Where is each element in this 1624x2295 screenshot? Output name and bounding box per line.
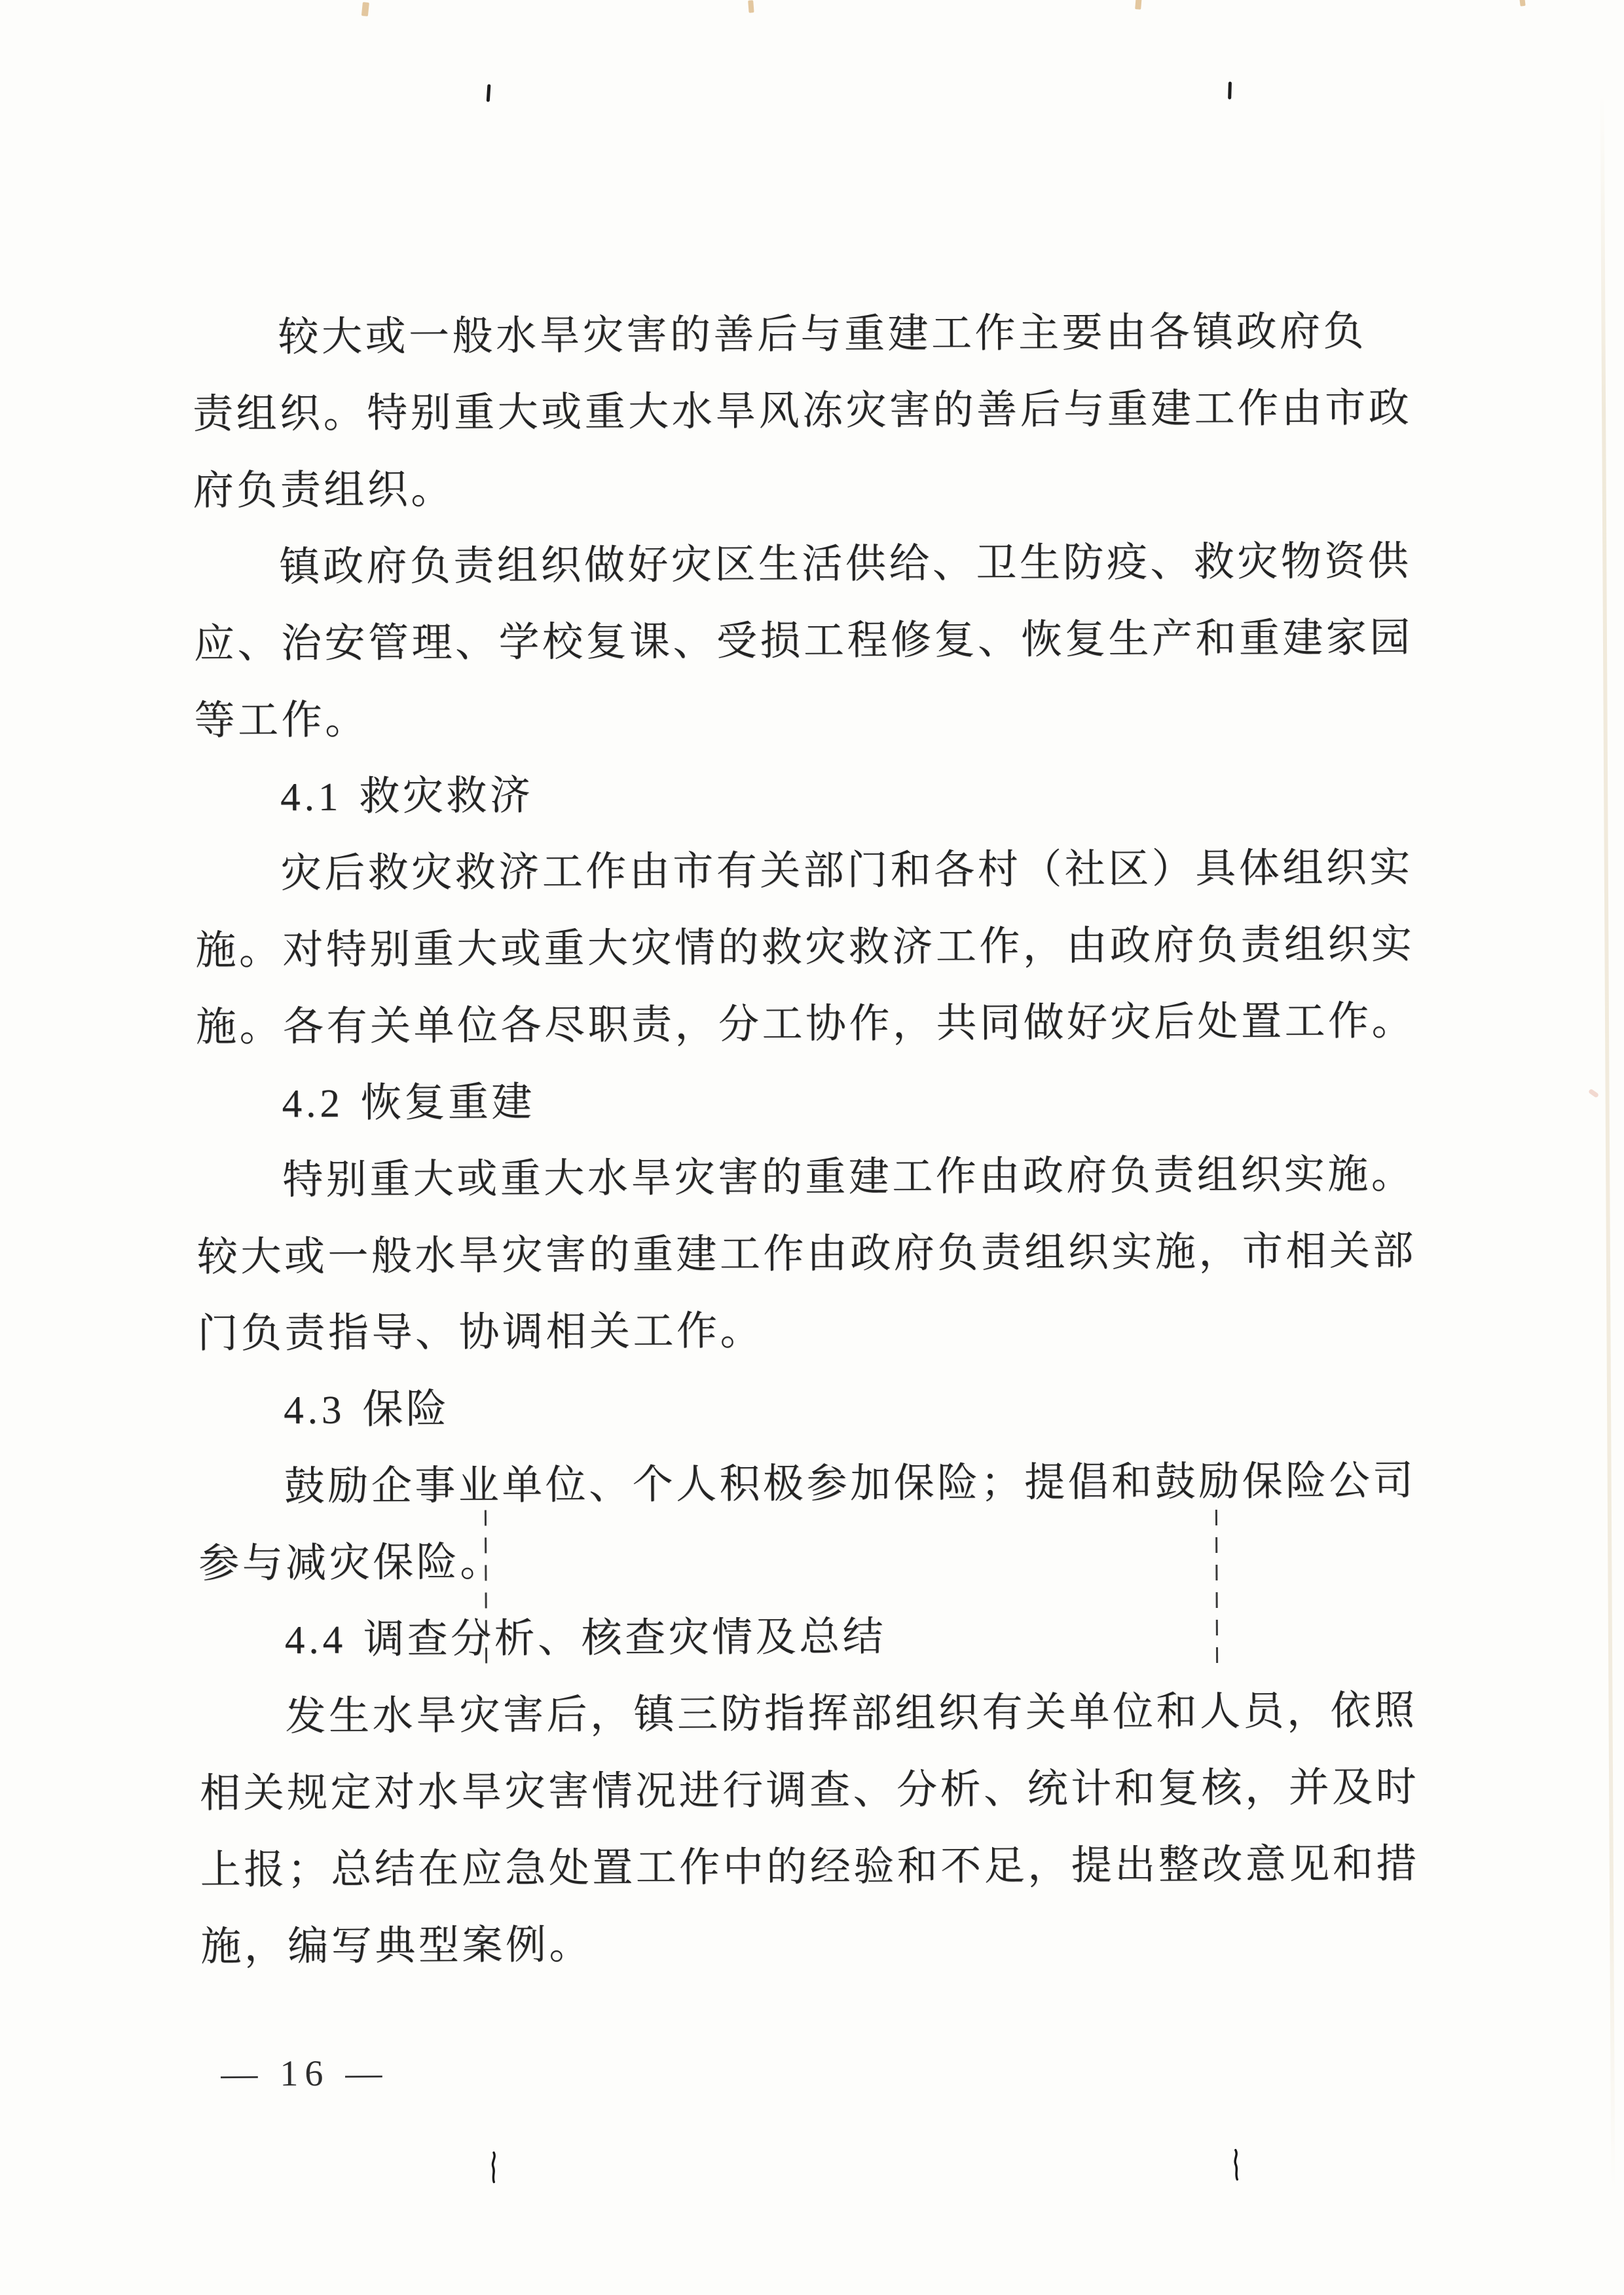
text-line: 门负责指导、协调相关工作。 — [197, 1290, 1442, 1373]
section-title: 恢复重建 — [361, 1080, 535, 1125]
section-number: 4.3 — [284, 1389, 346, 1432]
text-line: 镇政府负责组织做好灾区生活供给、卫生防疫、救灾物资供 — [193, 523, 1438, 606]
text-line: 施。对特别重大或重大灾情的救灾救济工作，由政府负责组织实 — [195, 906, 1440, 990]
text-line: 应、治安管理、学校复课、受损工程修复、恢复生产和重建家园 — [194, 600, 1439, 683]
text-line: 责组织。特别重大或重大水旱风冻灾害的善后与重建工作由市政 — [193, 370, 1437, 453]
section-title: 调查分析、核查灾情及总结 — [363, 1614, 886, 1662]
scan-content: 较大或一般水旱灾害的善后与重建工作主要由各镇政府负 责组织。特别重大或重大水旱风… — [0, 0, 1624, 2295]
section-number: 4.4 — [285, 1618, 347, 1662]
text-line: 府负责组织。 — [193, 447, 1437, 530]
scan-speck — [361, 2, 369, 16]
scan-speck — [1588, 1089, 1599, 1098]
section-title: 救灾救济 — [359, 774, 533, 819]
text-line: 上报；总结在应急处置工作中的经验和不足，提出整改意见和措 — [200, 1826, 1445, 1909]
page-number: — 16 — — [221, 2052, 388, 2095]
text-line: 鼓励企事业单位、个人积极参加保险；提倡和鼓励保险公司 — [198, 1443, 1443, 1526]
section-number: 4.2 — [282, 1082, 344, 1126]
scan-speck — [1519, 0, 1526, 7]
ink-mark — [1228, 82, 1232, 100]
ink-squiggle-mark — [1230, 2148, 1243, 2183]
section-number: 4.1 — [280, 775, 342, 819]
text-line: 施，编写典型案例。 — [200, 1903, 1445, 1986]
section-heading-4-2: 4.2恢复重建 — [196, 1060, 1441, 1143]
scan-speck — [1135, 0, 1141, 10]
text-line: 等工作。 — [194, 677, 1439, 760]
text-line: 特别重大或重大水旱灾害的重建工作由政府负责组织实施。 — [196, 1136, 1441, 1220]
ink-mark — [487, 84, 491, 102]
section-heading-4-1: 4.1救灾救济 — [194, 753, 1439, 836]
section-heading-4-3: 4.3保险 — [198, 1366, 1443, 1449]
text-line: 施。各有关单位各尽职责，分工协作，共同做好灾后处置工作。 — [196, 983, 1441, 1066]
scan-edge-shadow — [1600, 94, 1615, 2190]
section-title: 保险 — [362, 1387, 449, 1432]
text-line: 灾后救灾救济工作由市有关部门和各村（社区）具体组织实 — [195, 830, 1440, 913]
text-line: 发生水旱灾害后，镇三防指挥部组织有关单位和人员，依照 — [199, 1673, 1444, 1756]
scan-speck — [748, 0, 754, 13]
text-line: 较大或一般水旱灾害的善后与重建工作主要由各镇政府负 — [192, 293, 1437, 377]
text-line: 参与减灾保险。 — [198, 1520, 1443, 1603]
text-line: 较大或一般水旱灾害的重建工作由政府负责组织实施，市相关部 — [197, 1213, 1442, 1296]
text-line: 相关规定对水旱灾害情况进行调查、分析、统计和复核，并及时 — [200, 1749, 1445, 1833]
section-heading-4-4: 4.4调查分析、核查灾情及总结 — [199, 1596, 1444, 1679]
scanned-document-page: 较大或一般水旱灾害的善后与重建工作主要由各镇政府负 责组织。特别重大或重大水旱风… — [0, 0, 1624, 2295]
document-text: 较大或一般水旱灾害的善后与重建工作主要由各镇政府负 责组织。特别重大或重大水旱风… — [192, 293, 1445, 1986]
ink-squiggle-mark — [489, 2152, 499, 2186]
